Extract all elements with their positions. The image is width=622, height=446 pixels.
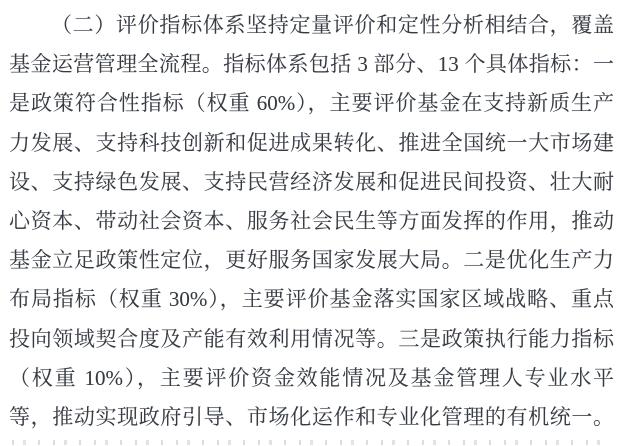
text-line-6: 心资本、带动社会资本、服务社会民生等方面发挥的作用，推动 (9, 202, 614, 241)
text-line-4: 力发展、支持科技创新和促进成果转化、推进全国统一大市场建 (9, 124, 614, 163)
text-line-5: 设、支持绿色发展、支持民营经济发展和促进民间投资、壮大耐 (9, 163, 614, 202)
text-line-11: 等，推动实现政府引导、市场化运作和专业化管理的有机统一。 (9, 398, 614, 437)
document-page: （二）评价指标体系坚持定量评价和定性分析相结合，覆盖 基金运营管理全流程。指标体… (0, 0, 622, 446)
text-line-2: 基金运营管理全流程。指标体系包括 3 部分、13 个具体指标：一 (9, 45, 614, 84)
text-line-8: 布局指标（权重 30%），主要评价基金落实国家区域战略、重点 (9, 280, 614, 319)
text-line-1: （二）评价指标体系坚持定量评价和定性分析相结合，覆盖 (9, 6, 614, 45)
cropped-next-line-fragment (12, 440, 610, 445)
text-line-7: 基金立足政策性定位，更好服务国家发展大局。二是优化生产力 (9, 241, 614, 280)
text-line-10: （权重 10%），主要评价资金效能情况及基金管理人专业水平 (9, 359, 614, 398)
text-line-3: 是政策符合性指标（权重 60%），主要评价基金在支持新质生产 (9, 84, 614, 123)
text-line-9: 投向领域契合度及产能有效利用情况等。三是政策执行能力指标 (9, 320, 614, 359)
